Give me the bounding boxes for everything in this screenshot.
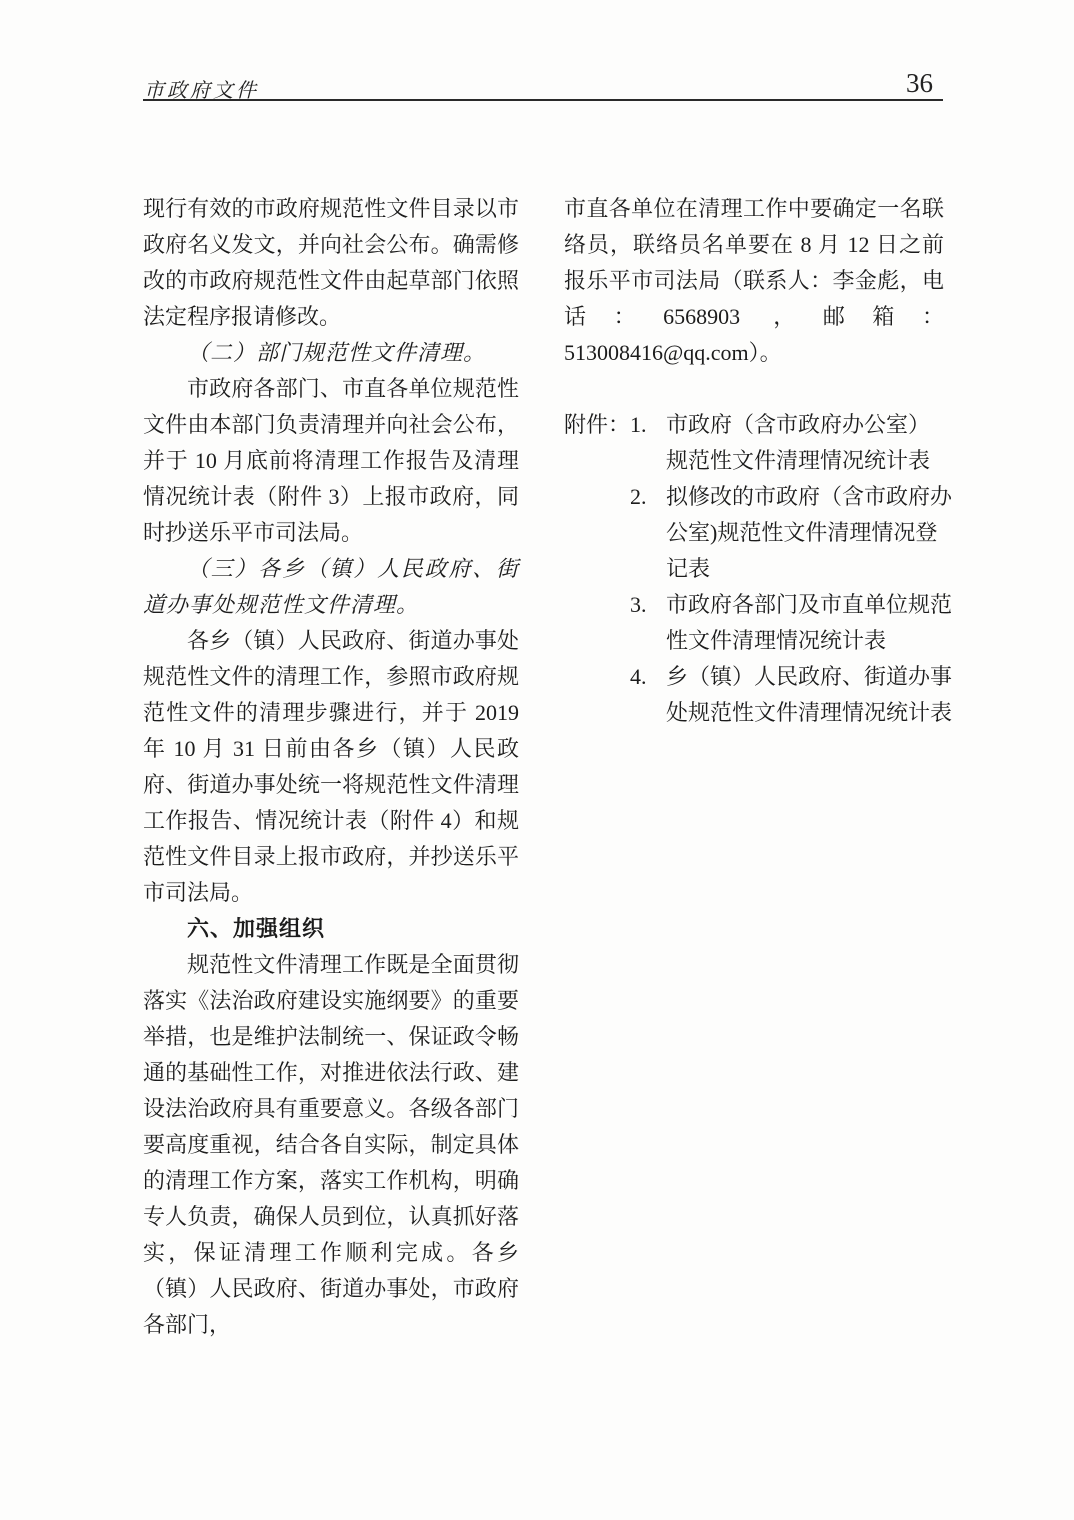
attachment-number-4: 4. (630, 659, 666, 695)
attachment-item-4: 4.乡（镇）人民政府、街道办事 (630, 659, 944, 695)
paragraph-departments: 市政府各部门、市直各单位规范性文件由本部门负责清理并向社会公布，并于 10 月底… (143, 371, 519, 551)
left-column: 现行有效的市政府规范性文件目录以市政府名义发文，并向社会公布。确需修改的市政府规… (143, 191, 519, 1343)
header-rule (143, 99, 943, 101)
attachment-text: 拟修改的市政府（含市政府办 (666, 484, 952, 509)
attachment-line: 记表 (630, 551, 944, 587)
section-heading-6: 六、加强组织 (143, 911, 519, 947)
attachment-text: 市政府各部门及市直单位规范 (666, 592, 952, 617)
attachment-item-2: 2.拟修改的市政府（含市政府办 (630, 479, 944, 515)
right-column: 市直各单位在清理工作中要确定一名联络员，联络员名单要在 8 月 12 日之前报乐… (564, 191, 944, 731)
paragraph-organization: 规范性文件清理工作既是全面贯彻落实《法治政府建设实施纲要》的重要举措，也是维护法… (143, 947, 519, 1343)
attachment-number-1: 1. (630, 407, 666, 443)
attachments-list: 附件： 1.市政府（含市政府办公室） 规范性文件清理情况统计表 2.拟修改的市政… (564, 407, 944, 731)
paragraph-contact: 市直各单位在清理工作中要确定一名联络员，联络员名单要在 8 月 12 日之前报乐… (564, 191, 944, 371)
attachment-number-3: 3. (630, 587, 666, 623)
attachment-item-1: 1.市政府（含市政府办公室） (630, 407, 944, 443)
attachments-label: 附件： (564, 407, 630, 443)
document-page: 市政府文件 36 现行有效的市政府规范性文件目录以市政府名义发文，并向社会公布。… (0, 0, 1074, 1520)
attachment-line: 处规范性文件清理情况统计表 (630, 695, 944, 731)
attachment-line: 性文件清理情况统计表 (630, 623, 944, 659)
attachment-text: 市政府（含市政府办公室） (666, 412, 930, 437)
page-number: 36 (906, 68, 933, 99)
attachment-number-2: 2. (630, 479, 666, 515)
attachment-item-3: 3.市政府各部门及市直单位规范 (630, 587, 944, 623)
paragraph-continued: 现行有效的市政府规范性文件目录以市政府名义发文，并向社会公布。确需修改的市政府规… (143, 191, 519, 335)
subheading-item-3: （三）各乡（镇）人民政府、街道办事处规范性文件清理。 (143, 551, 519, 623)
subheading-item-2: （二）部门规范性文件清理。 (143, 335, 519, 371)
attachment-line: 公室)规范性文件清理情况登 (630, 515, 944, 551)
attachment-text: 乡（镇）人民政府、街道办事 (666, 664, 952, 689)
paragraph-townships: 各乡（镇）人民政府、街道办事处规范性文件的清理工作，参照市政府规范性文件的清理步… (143, 623, 519, 911)
attachment-line: 规范性文件清理情况统计表 (630, 443, 944, 479)
